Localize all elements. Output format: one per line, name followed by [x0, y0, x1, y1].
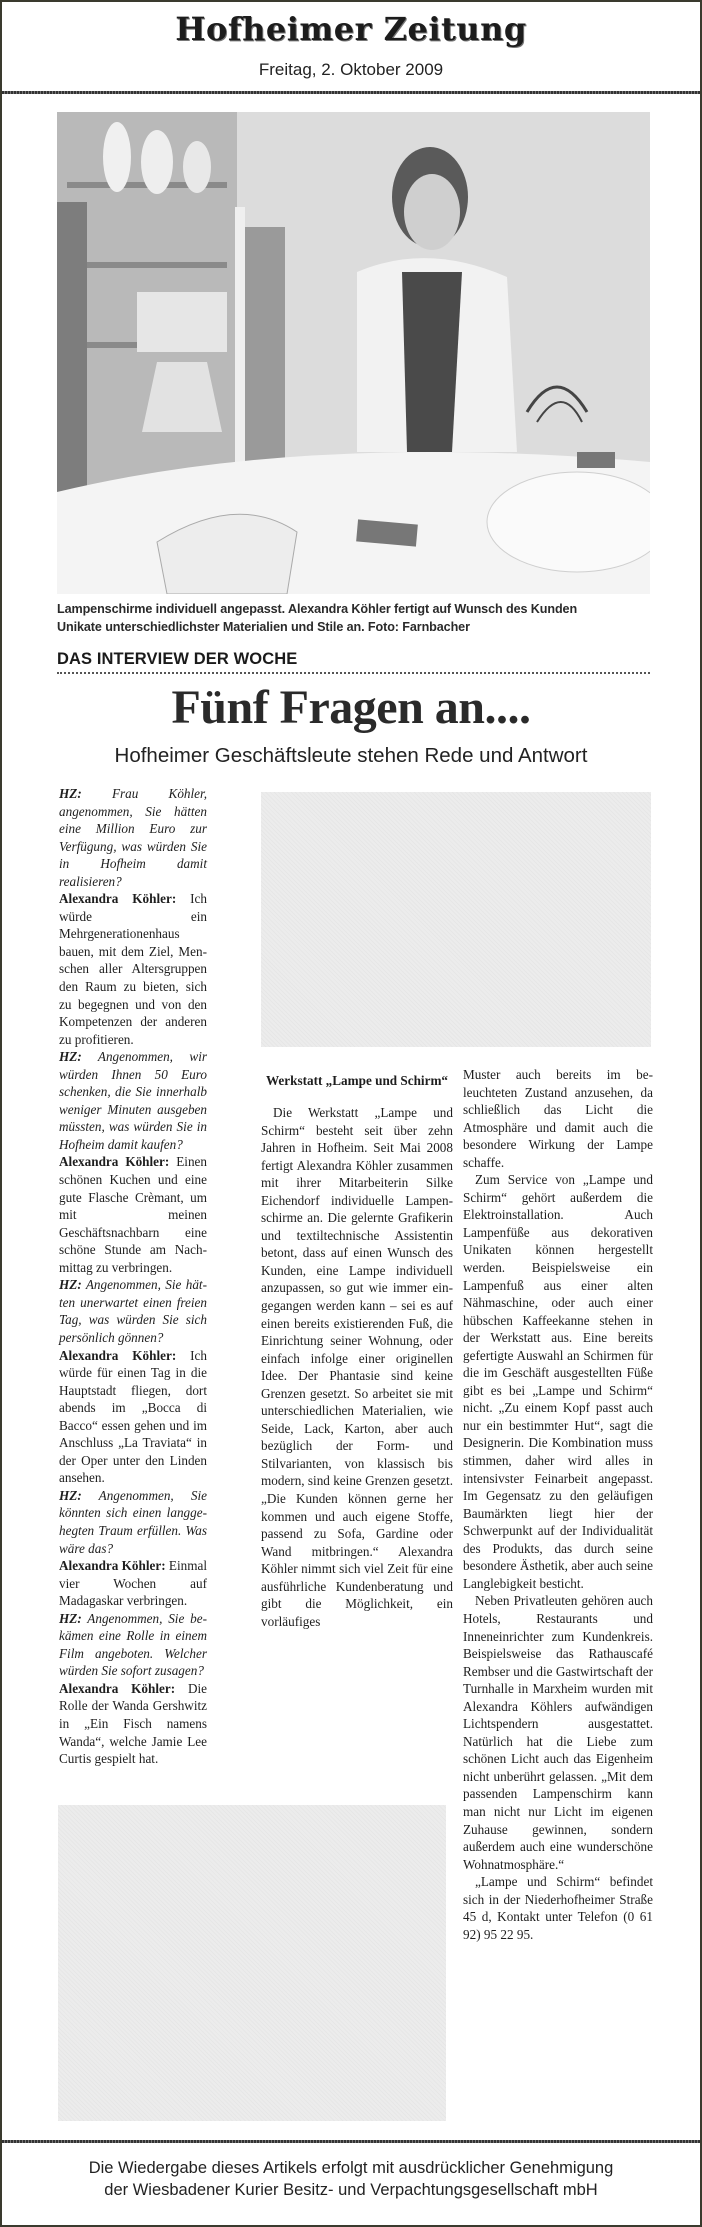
top-divider	[2, 91, 700, 94]
footer-line-1: Die Wiedergabe dieses Artikels erfolgt m…	[2, 2157, 700, 2179]
interview-question: HZ: Angenommen, Sie hät­ten unerwartet e…	[59, 1276, 207, 1346]
sidebar-title: Werkstatt „Lampe und Schirm“	[261, 1072, 453, 1089]
workshop-column: Werkstatt „Lampe und Schirm“ Die Werksta…	[261, 1072, 453, 1630]
interview-question: HZ: Frau Köhler, angenom­men, Sie hätten…	[59, 785, 207, 890]
interview-answer: Alexandra Köhler: Ich wür­de ein Mehrgen…	[59, 890, 207, 1048]
copyright-notice: Die Wiedergabe dieses Artikels erfolgt m…	[2, 2157, 700, 2201]
section-kicker: DAS INTERVIEW DER WOCHE	[57, 650, 650, 674]
article-photo	[57, 112, 650, 594]
newspaper-title: Hofheimer Zeitung	[2, 10, 700, 48]
footer-line-2: der Wiesbadener Kurier Besitz- und Verpa…	[2, 2179, 700, 2201]
bottom-divider	[2, 2140, 700, 2143]
blank-ad-space-top	[261, 792, 651, 1047]
article-paragraph: Muster auch bereits im be­leuchteten Zus…	[463, 1066, 653, 1171]
article-paragraph: „Lampe und Schirm“ befin­det sich in der…	[463, 1873, 653, 1943]
interview-answer: Alexandra Köhler: Die Rol­le der Wanda G…	[59, 1680, 207, 1768]
newspaper-page: Hofheimer Zeitung Freitag, 2. Oktober 20…	[2, 2, 700, 2225]
interview-answer: Alexandra Köhler: Ich wür­de für einen T…	[59, 1347, 207, 1487]
article-subheadline: Hofheimer Geschäftsleute stehen Rede und…	[2, 744, 700, 768]
interview-question: HZ: Angenommen, Sie be­kämen eine Rolle …	[59, 1610, 207, 1680]
interview-question: HZ: Angenommen, Sie könnten sich einen l…	[59, 1487, 207, 1557]
interview-answer: Alexandra Köhler: Einen schönen Kuchen u…	[59, 1153, 207, 1276]
photo-illustration	[57, 112, 650, 594]
caption-line-1: Lampenschirme individuell angepasst. Ale…	[57, 600, 657, 618]
article-headline: Fünf Fragen an....	[2, 680, 700, 735]
interview-answer: Alexandra Köhler: Einmal vier Wochen auf…	[59, 1557, 207, 1610]
caption-line-2: Unikate unterschiedlichster Materialien …	[57, 618, 657, 636]
continuation-column: Muster auch bereits im be­leuchteten Zus…	[463, 1066, 653, 1943]
masthead: Hofheimer Zeitung Freitag, 2. Oktober 20…	[2, 2, 700, 92]
article-paragraph: Die Werkstatt „Lampe und Schirm“ besteht…	[261, 1104, 453, 1630]
article-paragraph: Zum Service von „Lampe und Schirm“ gehör…	[463, 1171, 653, 1592]
interview-column: HZ: Frau Köhler, angenom­men, Sie hätten…	[59, 785, 207, 1768]
blank-ad-space-bottom	[58, 1805, 446, 2121]
article-paragraph: Neben Privatleuten gehören auch Hotels, …	[463, 1592, 653, 1873]
issue-date: Freitag, 2. Oktober 2009	[2, 60, 700, 80]
photo-caption: Lampenschirme individuell angepasst. Ale…	[57, 600, 657, 636]
interview-question: HZ: Angenommen, wir wür­den Ihnen 50 Eur…	[59, 1048, 207, 1153]
